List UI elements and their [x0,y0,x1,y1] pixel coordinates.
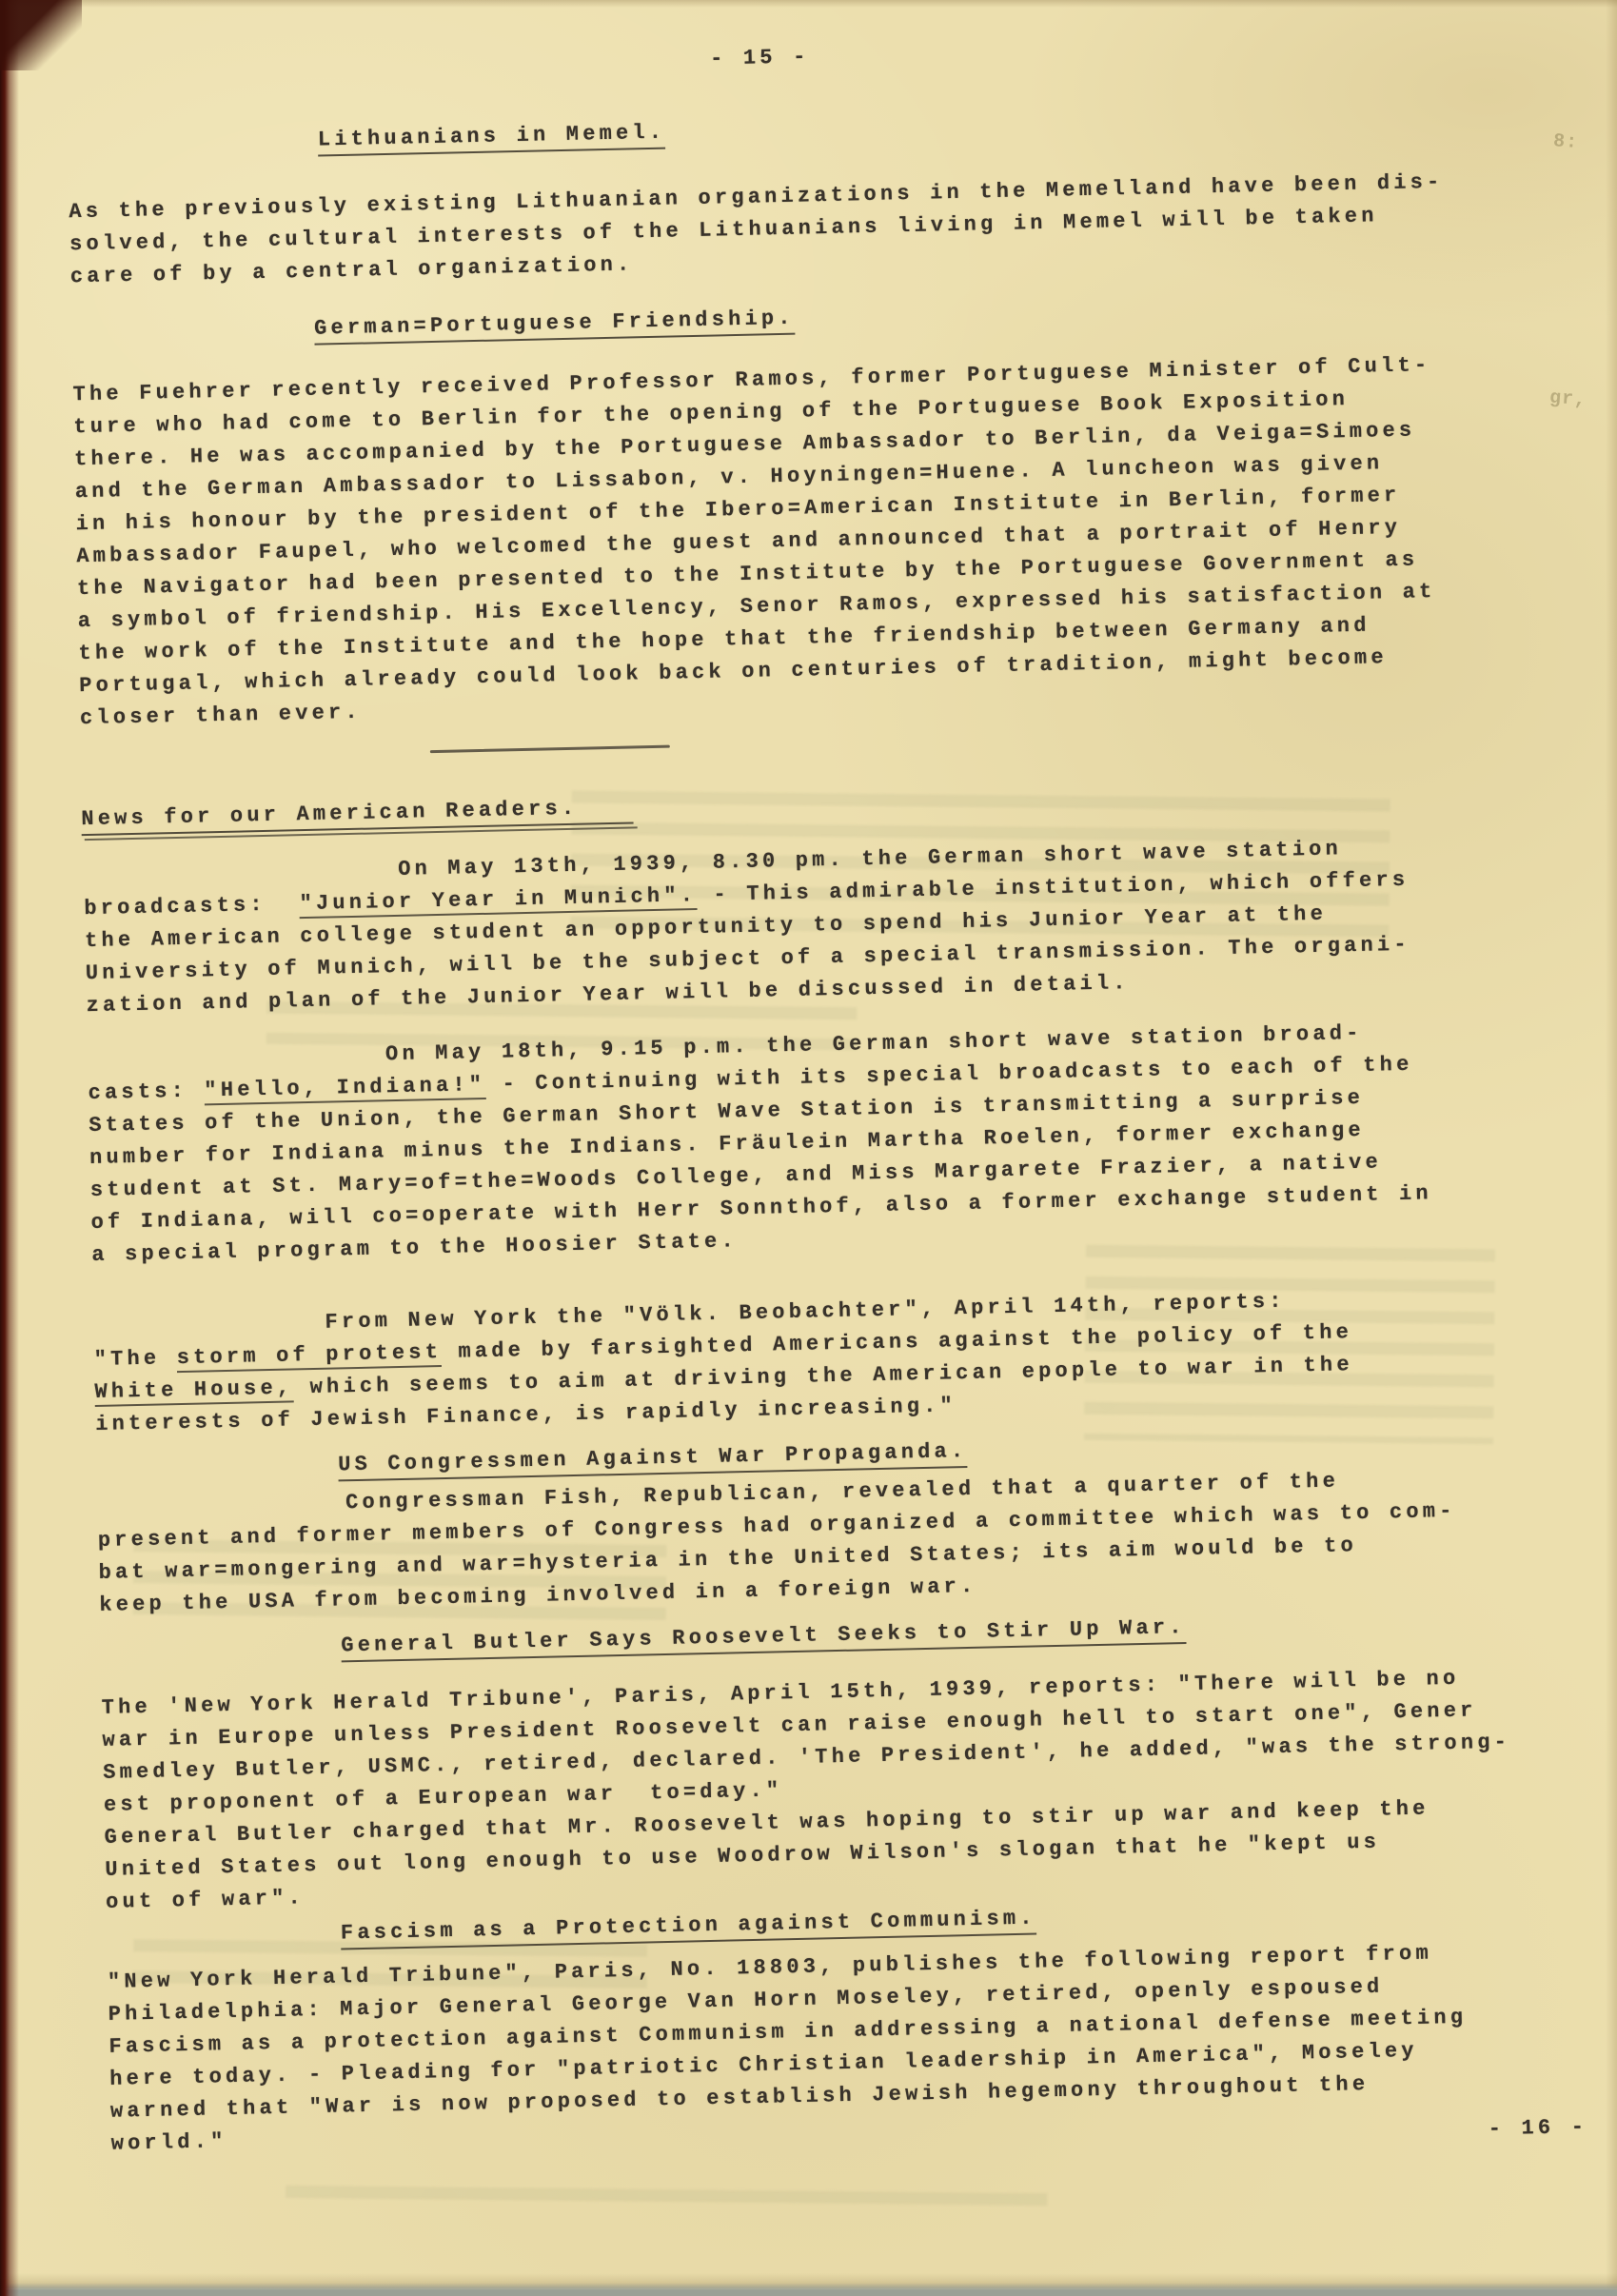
typed-text: world." [110,2129,227,2156]
typed-text: casts: [88,1079,204,1105]
page-number-top: - 15 - [710,45,810,70]
typed-text: closer than ever. [80,701,362,730]
heading-news-for-american-readers: News for our American Readers. [81,796,634,837]
page-right-edge [1606,0,1617,2296]
binding-left-edge [0,0,21,2296]
heading-text: German=Portuguese Friendship. [314,307,795,346]
dark-top-left-corner [0,0,82,70]
heading-text: General Butler Says Roosevelt Seeks to S… [341,1615,1186,1662]
paragraph-friendship: The Fuehrer recently received Professor … [72,349,1438,735]
scanner-bottom-edge [0,2283,1617,2296]
underlined-text: storm of protest [176,1340,442,1373]
page-number-bottom: - 16 - [1488,2115,1587,2141]
paragraph-memel: As the previously existing Lithuanian or… [69,167,1445,293]
typed-text: out of war". [106,1886,305,1914]
heading-text: News for our American Readers. [81,796,634,837]
heading-fascism-protection: Fascism as a Protection against Communis… [341,1907,1036,1950]
typed-text: broadcasts: [84,892,300,920]
underlined-text: "Hello, Indiana!" [204,1073,485,1105]
page-top-edge [0,0,1617,8]
paragraph-voelk-beobachter: From New York the "Völk. Beobachter", Ap… [93,1284,1354,1441]
section-divider-line [430,745,670,753]
typed-text: "The [93,1346,177,1372]
heading-german-portuguese-friendship: German=Portuguese Friendship. [314,307,795,346]
paragraph-congressman-fish: Congressman Fish, Republican, revealed t… [97,1463,1458,1622]
heading-text: Fascism as a Protection against Communis… [341,1907,1036,1950]
heading-general-butler: General Butler Says Roosevelt Seeks to S… [341,1615,1186,1662]
typed-text-layer: - 15 - Lithuanians in Memel. As the prev… [0,0,1617,2296]
underlined-text: White House, [94,1376,293,1407]
paragraph-moseley: "New York Herald Tribune", Paris, No. 18… [108,1937,1469,2161]
heading-lithuanians-in-memel: Lithuanians in Memel. [318,121,666,157]
paragraph-junior-year: On May 13th, 1939, 8.30 pm. the German s… [83,832,1411,1022]
document-page: 8: gr, - 15 - Lithuanians in Memel. As t… [0,0,1617,2296]
heading-text: Lithuanians in Memel. [318,121,666,157]
paragraph-hello-indiana: On May 18th, 9.15 p.m. the German short … [88,1016,1433,1272]
